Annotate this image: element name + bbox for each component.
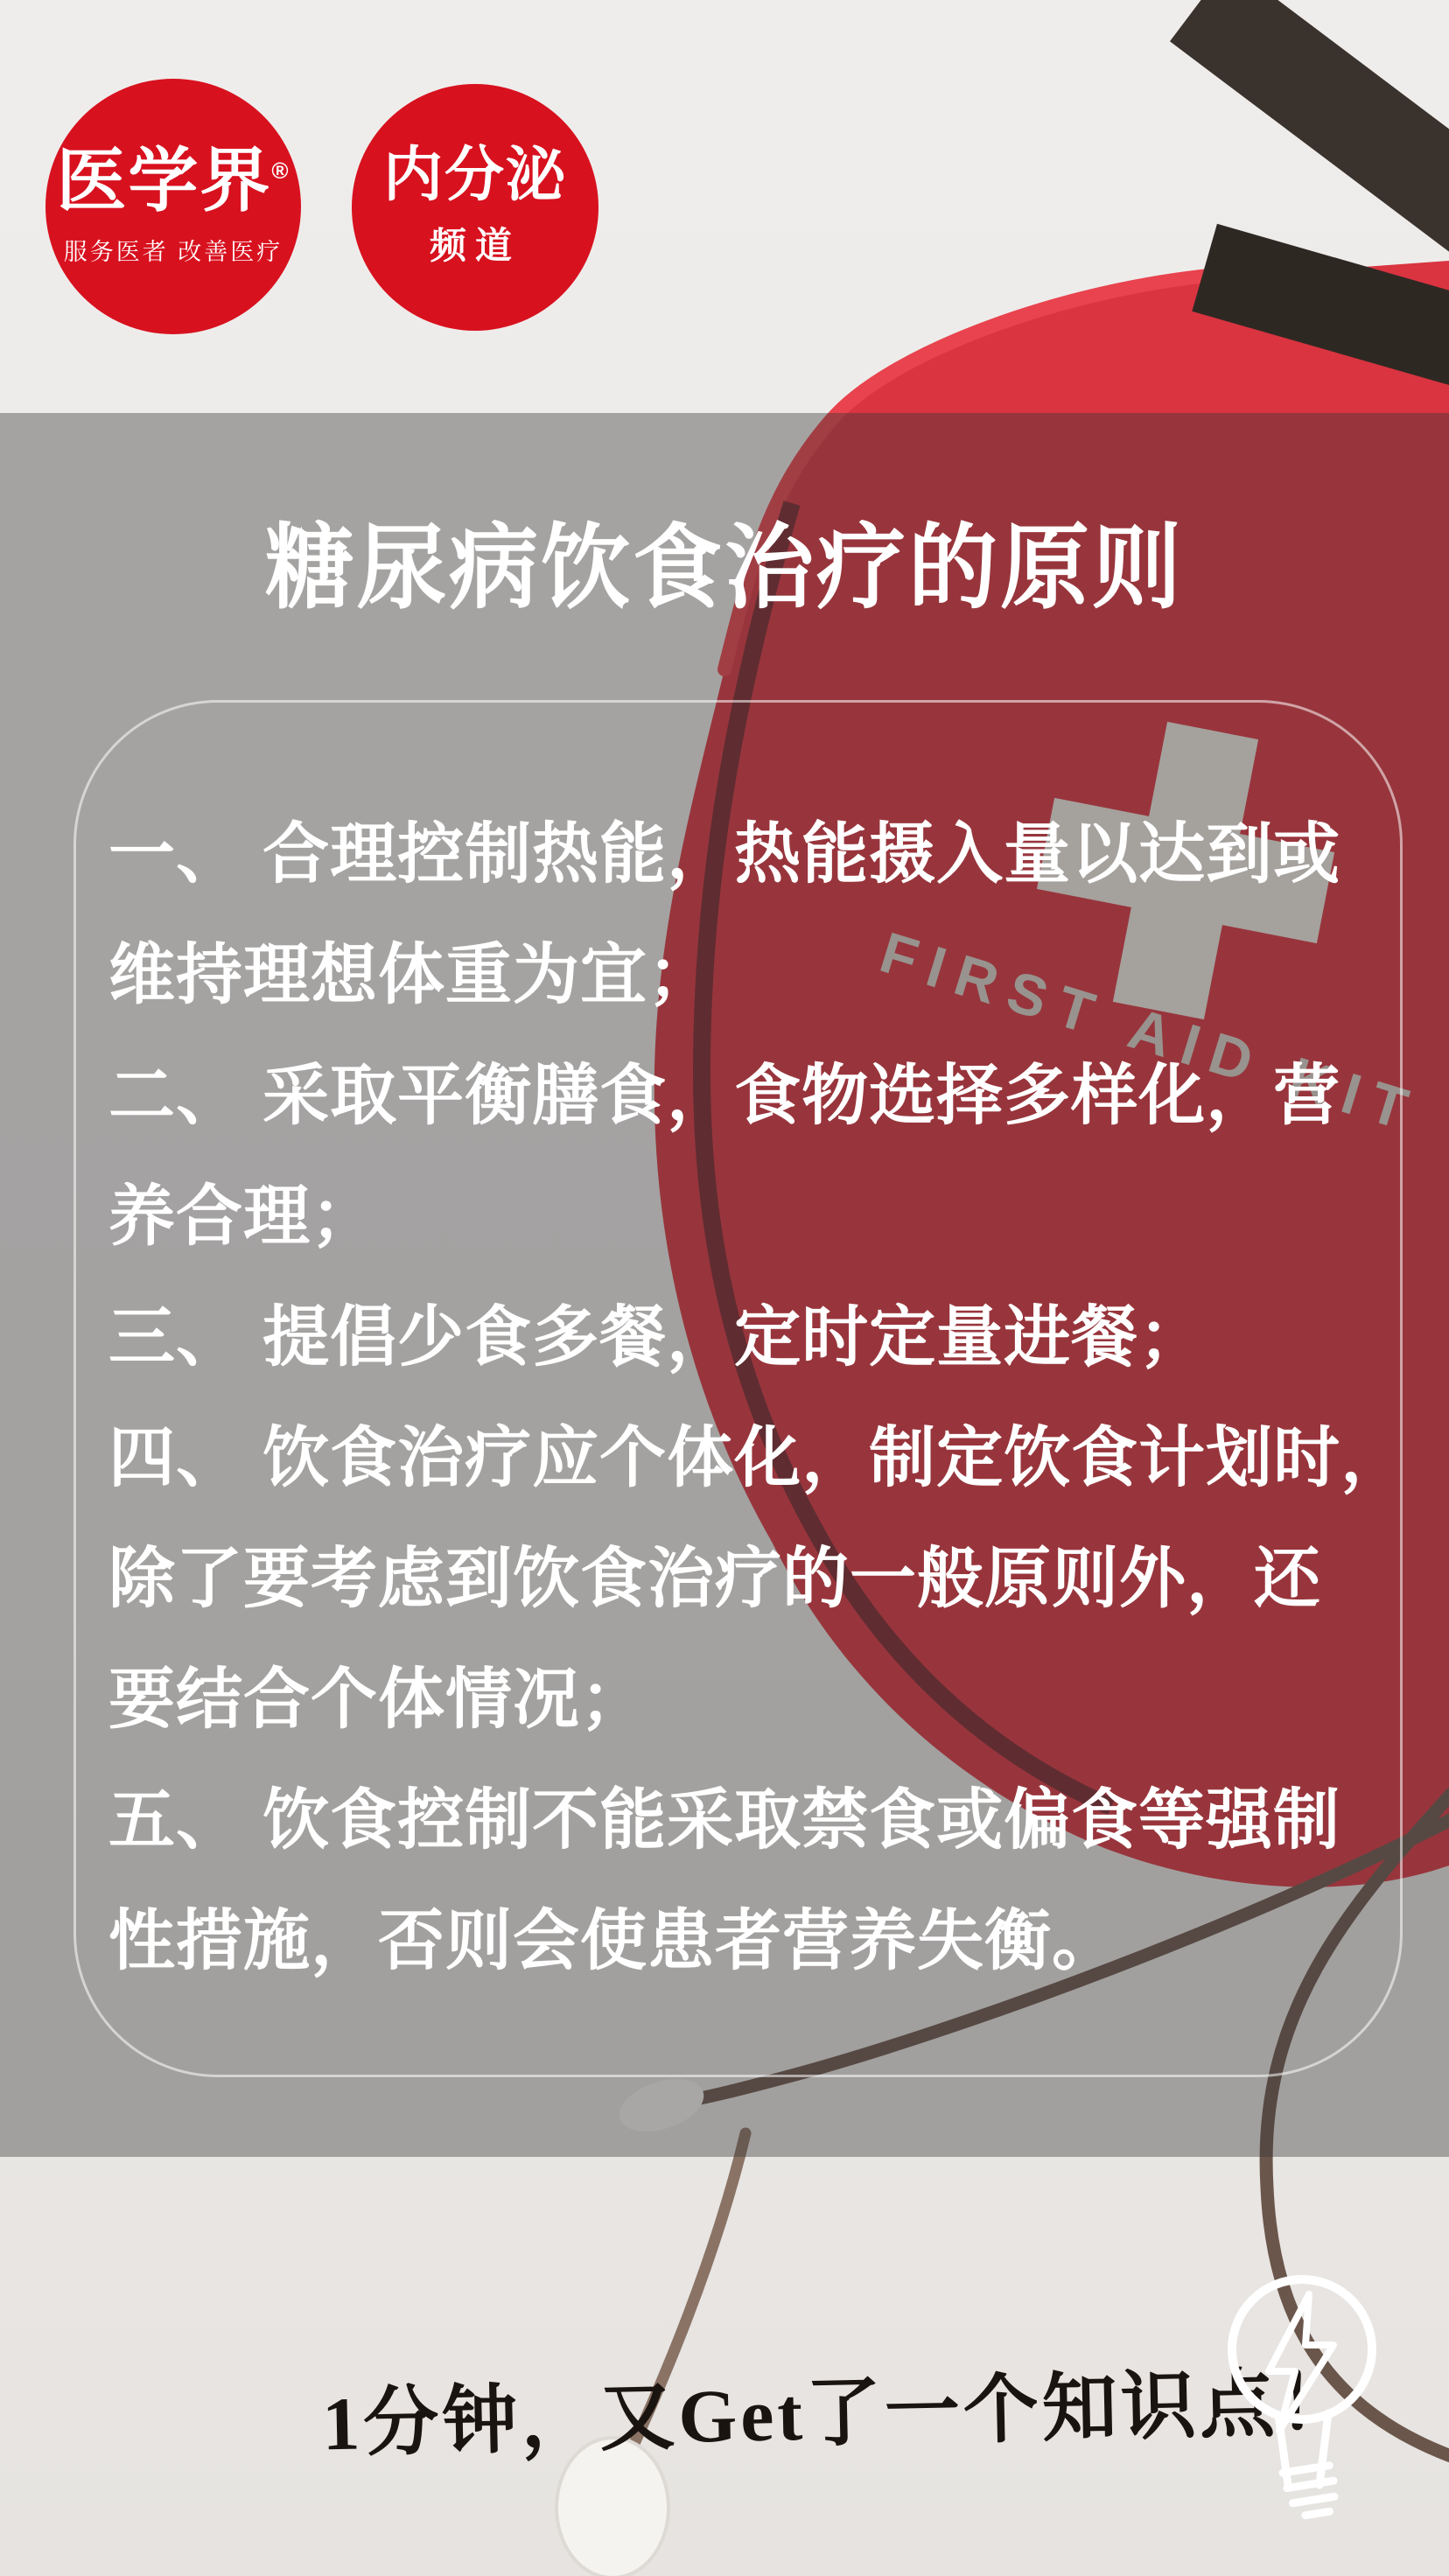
logo-medical-title: 医学界® xyxy=(56,147,290,217)
bulb-base-lines xyxy=(1283,2465,1338,2517)
principles-text: 一、 合理控制热能，热能摄入量以达到或 维持理想体重为宜； 二、 采取平衡膳食，… xyxy=(108,794,1403,2002)
logo-channel-title: 内分泌 xyxy=(383,145,567,205)
principle-line: 除了要考虑到饮食治疗的一般原则外，还 xyxy=(108,1519,1403,1640)
poster-canvas: FIRST AID KIT 医学界® 服务医者 改善医疗 内分泌 频道 糖尿病饮… xyxy=(0,0,1449,2576)
footer-tagline: 1分钟，又Get了一个知识点！ xyxy=(321,2341,1358,2472)
page-title: 糖尿病饮食治疗的原则 xyxy=(0,494,1449,627)
principle-line: 要结合个体情况； xyxy=(108,1640,1403,1760)
principle-line: 性措施，否则会使患者营养失衡。 xyxy=(108,1881,1403,2002)
principle-line: 五、 饮食控制不能采取禁食或偏食等强制 xyxy=(108,1760,1403,1881)
principle-line: 四、 饮食治疗应个体化，制定饮食计划时， xyxy=(108,1398,1403,1519)
logo-medical-world: 医学界® 服务医者 改善医疗 xyxy=(45,79,301,334)
logo-endocrine-channel: 内分泌 频道 xyxy=(352,84,598,331)
lightning-bolt-icon xyxy=(1269,2294,1333,2431)
principle-line: 三、 提倡少食多餐，定时定量进餐； xyxy=(108,1277,1403,1398)
principle-line: 维持理想体重为宜； xyxy=(108,915,1403,1036)
registered-trademark-icon: ® xyxy=(271,157,290,184)
principle-line: 一、 合理控制热能，热能摄入量以达到或 xyxy=(108,794,1403,915)
lightbulb-lightning-icon xyxy=(1214,2259,1398,2530)
principle-line: 养合理； xyxy=(108,1157,1403,1277)
logo-channel-subtitle: 频道 xyxy=(430,217,521,269)
principle-line: 二、 采取平衡膳食，食物选择多样化，营 xyxy=(108,1036,1403,1157)
logo-medical-subtitle: 服务医者 改善医疗 xyxy=(64,233,283,267)
